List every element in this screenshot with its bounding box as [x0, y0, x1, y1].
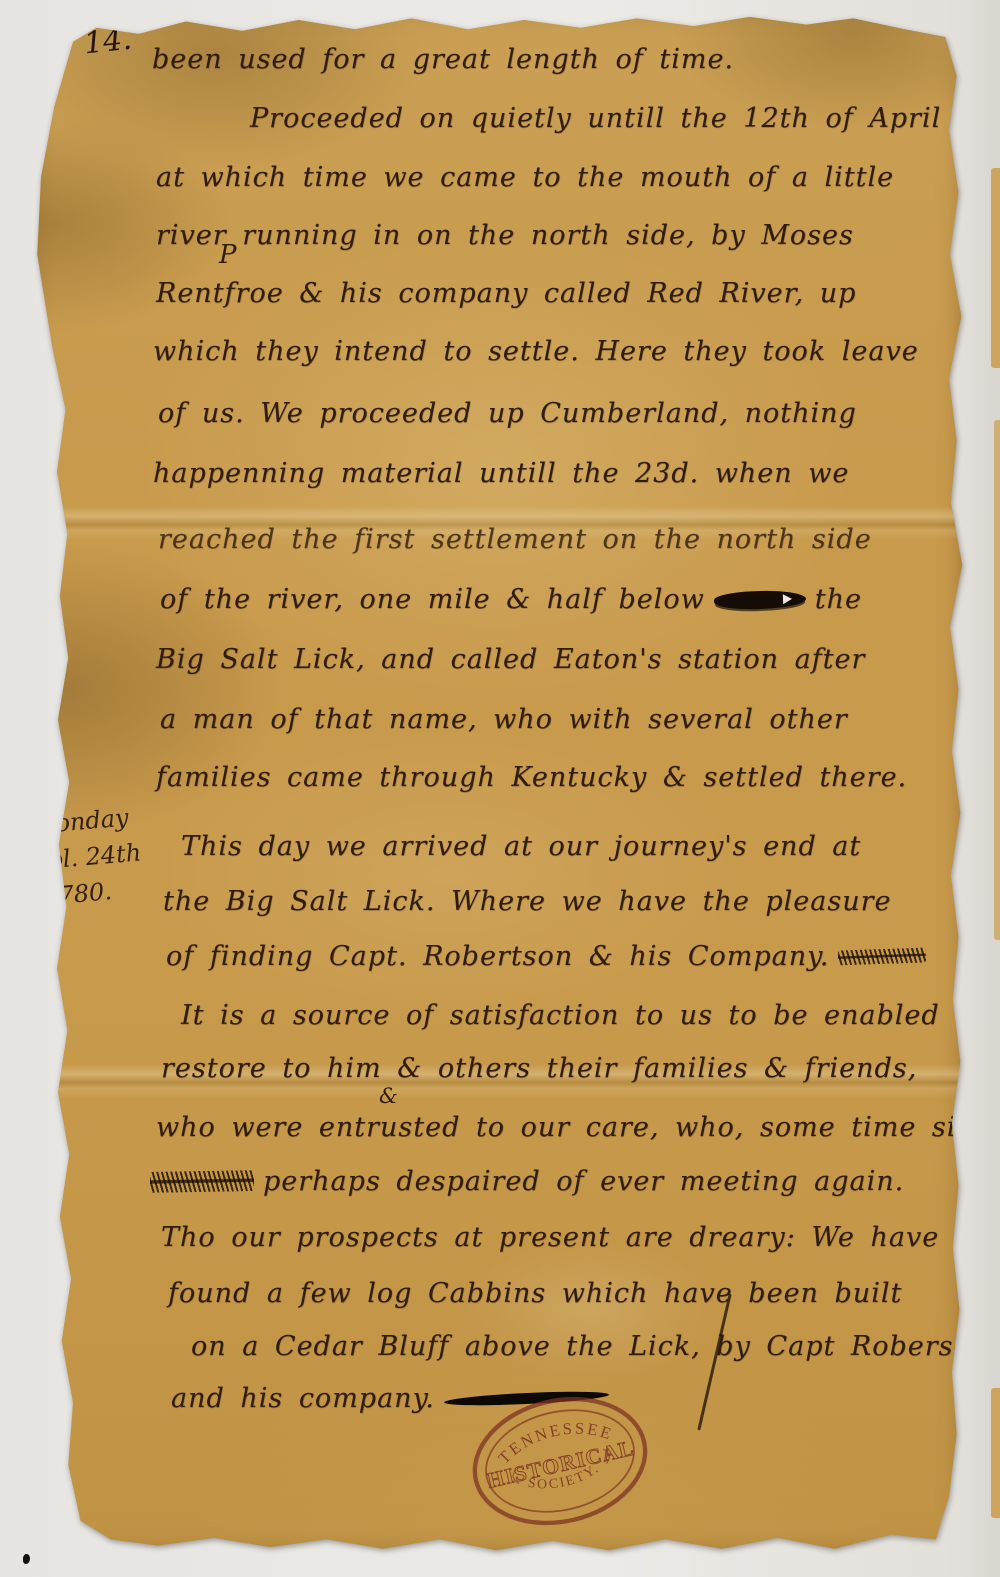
- journal-line: perhaps despaired of ever meeting again.: [150, 1166, 904, 1197]
- crossed-out-word: [150, 1170, 254, 1193]
- journal-line: restore to him & others their families &…: [161, 1053, 917, 1084]
- journal-line: which they intend to settle. Here they t…: [153, 336, 919, 367]
- journal-line: a man of that name, who with several oth…: [160, 704, 848, 735]
- journal-line: Proceeded on quietly untill the 12th of …: [250, 103, 941, 134]
- ink-blot-strikeout: [713, 589, 806, 610]
- journal-line: Rentfroe & his company called Red River,…: [156, 278, 856, 309]
- journal-line: Tho our prospects at present are dreary:…: [161, 1222, 939, 1253]
- journal-line-text: and his company.: [171, 1383, 435, 1414]
- journal-line: the Big Salt Lick. Where we have the ple…: [163, 886, 892, 917]
- journal-line: river running in on the north side, by M…: [156, 220, 854, 251]
- scanned-document: 14. Monday Apl. 24th 1780. P & been used…: [0, 0, 1000, 1577]
- journal-line: found a few log Cabbins which have been …: [168, 1278, 902, 1309]
- journal-line-text: perhaps despaired of ever meeting again.: [263, 1166, 904, 1197]
- journal-line: who were entrusted to our care, who, som…: [156, 1112, 1000, 1143]
- journal-line: reached the first settlement on the nort…: [158, 524, 872, 555]
- journal-line: been used for a great length of time.: [152, 44, 734, 75]
- journal-line: happenning material untill the 23d. when…: [153, 458, 849, 489]
- journal-line-text: the: [815, 584, 862, 615]
- journal-line: of finding Capt. Robertson & his Company…: [166, 941, 926, 972]
- journal-line: at which time we came to the mouth of a …: [156, 162, 894, 193]
- journal-line: of us. We proceeded up Cumberland, nothi…: [158, 398, 857, 429]
- journal-line-text: of finding Capt. Robertson & his Company…: [166, 941, 829, 972]
- margin-year: 1780.: [42, 870, 146, 915]
- journal-line: Big Salt Lick, and called Eaton's statio…: [156, 644, 865, 675]
- paper-shadow-wrap: 14. Monday Apl. 24th 1780. P & been used…: [0, 0, 1000, 1577]
- ink-blot-left-edge: [29, 666, 45, 696]
- pen-flourish-stroke: [697, 1293, 731, 1430]
- journal-line-text: of the river, one mile & half below: [160, 584, 705, 615]
- caret-inserted-word: &: [379, 1084, 398, 1108]
- ink-scribble-strikeout: [838, 947, 926, 965]
- page-number: 14.: [82, 22, 133, 62]
- journal-line: It is a source of satisfaction to us to …: [181, 1000, 984, 1031]
- journal-line: families came through Kentucky & settled…: [156, 762, 907, 793]
- journal-line: on a Cedar Bluff above the Lick, by Capt…: [191, 1331, 989, 1362]
- margin-date-note: Monday Apl. 24th 1780.: [29, 799, 145, 916]
- journal-line: This day we arrived at our journey's end…: [181, 831, 861, 862]
- journal-line: of the river, one mile & half below the: [160, 584, 862, 615]
- journal-page: 14. Monday Apl. 24th 1780. P & been used…: [26, 6, 966, 1558]
